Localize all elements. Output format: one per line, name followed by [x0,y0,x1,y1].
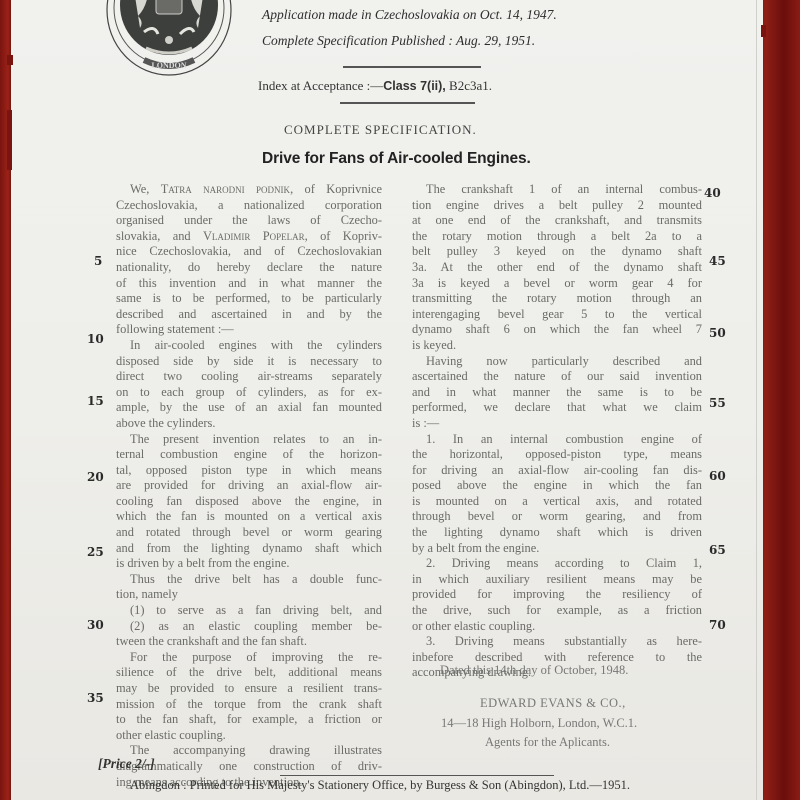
text-line: 1. In an internal combustion engine of [412,432,702,448]
text-line: which the fan is mounted on a vertical a… [116,509,382,525]
line-number: 5 [94,254,102,268]
line-number: 40 [704,186,721,200]
text-line: provided for improving the resiliency of [412,587,702,603]
text-line: interengaging bevel gear 5 to the vertic… [412,307,702,323]
text-line: the drive, such for example, as a fricti… [412,603,702,619]
royal-coat-of-arms-seal-icon: LONDON [104,0,234,78]
page-edge-tear [7,55,13,65]
text-line: The accompanying drawing illustrates [116,743,382,759]
text-line: at one end of the crankshaft, and transm… [412,213,702,229]
price-label: [Price 2/-] [98,756,155,772]
text-line: transmitting the rotary motion through a… [412,291,702,307]
text-line: nice Czechoslovakia, and of Czechoslovak… [116,244,382,260]
red-background-right [760,0,800,800]
agent-address: 14—18 High Holborn, London, W.C.1. [441,716,637,731]
line-number: 60 [709,469,726,483]
text-line: Thus the drive belt has a double func- [116,572,382,588]
text-line: is :— [412,416,702,432]
text-line: may be provided to ensure a resilient tr… [116,681,382,697]
text-line: above the cylinders. [116,416,382,432]
text-line: The present invention relates to an in- [116,432,382,448]
agent-name: EDWARD EVANS & CO., [480,696,626,711]
text-line: on to each group of cylinders, as for ex… [116,385,382,401]
line-number: 10 [87,332,104,346]
text-line: following statement :— [116,322,382,338]
text-line: is keyed. [412,338,702,354]
application-date: Application made in Czechoslovakia on Oc… [262,7,557,23]
text-line: or other elastic coupling. [412,619,702,635]
text-line: and from the lighting dynamo shaft which [116,541,382,557]
line-number: 70 [709,618,726,632]
text-line: The crankshaft 1 of an internal combus- [412,182,702,198]
text-line: Having now particularly described and [412,354,702,370]
text-line: 3. Driving means substantially as here- [412,634,702,650]
index-code: B2c3a1. [446,78,492,93]
text-line: is mounted on a vertical axis, and rotat… [412,494,702,510]
text-line: tal, opposed piston type in which means [116,463,382,479]
line-number: 65 [709,543,726,557]
line-number: 50 [709,326,726,340]
text-line: performed, we declare that what we claim [412,400,702,416]
text-line: the lighting dynamo shaft which is drive… [412,525,702,541]
text-line: mission of the torque from the crank sha… [116,697,382,713]
text-line: same is to be performed, to be particula… [116,291,382,307]
text-line: tion, namely [116,587,382,603]
text-line: slovakia, and Vladimir Popelar, of Kopri… [116,229,382,245]
line-number: 35 [87,691,104,705]
text-line: nationality, do hereby declare the natur… [116,260,382,276]
text-line: in which auxiliary resilient means may b… [412,572,702,588]
text-line: silience of the drive belt, additional m… [116,665,382,681]
line-number: 30 [87,618,104,632]
divider [340,102,475,104]
printer-footer: Abingdon : Printed for His Majesty's Sta… [130,778,630,793]
right-text-column: The crankshaft 1 of an internal combus-t… [412,182,702,681]
party-name: Vladimir Popelar [203,229,305,243]
text-line: 3a is keyed a bevel or worm gear 4 for [412,276,702,292]
text-line: cooling fan disposed above the engine, i… [116,494,382,510]
text-line: is driven by a belt from the engine. [116,556,382,572]
svg-text:LONDON: LONDON [151,61,186,70]
index-class: Class 7(ii), [383,79,446,93]
text-line: disposed side by side it is necessary to [116,354,382,370]
line-number: 25 [87,545,104,559]
price-text: [Price 2/-] [98,756,155,771]
text-line: ascertained the nature of our said inven… [412,369,702,385]
index-prefix: Index at Acceptance :— [258,78,383,93]
text-line: are provided for driving an axial-flow a… [116,478,382,494]
text-line: the rotary motion through a belt 2a to a [412,229,702,245]
line-number: 15 [87,394,104,408]
text-line: of this invention and in what manner the [116,276,382,292]
text-line: by a belt from the engine. [412,541,702,557]
line-number: 55 [709,396,726,410]
text-line: described and ascertained in and by the [116,307,382,323]
text-line: the horizontal, opposed-piston type, mea… [412,447,702,463]
text-line: belt pulley 3 keyed on the dynamo shaft [412,244,702,260]
text-line: 3a. At the other end of the dynamo shaft [412,260,702,276]
left-text-column: We, Tatra narodni podnik, of KoprivniceC… [116,182,382,790]
text-line: dynamo shaft 6 on which the fan wheel 7 [412,322,702,338]
line-number: 45 [709,254,726,268]
page-edge-tear [761,25,766,37]
text-line: other elastic coupling. [116,728,382,744]
text-line: and rotated through bevel or worm gearin… [116,525,382,541]
text-line: through bevel or worm gearing, and from [412,509,702,525]
page-edge-tear [7,110,12,170]
text-line: We, Tatra narodni podnik, of Koprivnice [116,182,382,198]
text-line: (1) to serve as a fan driving belt, and [116,603,382,619]
divider [343,66,481,68]
index-at-acceptance: Index at Acceptance :—Class 7(ii), B2c3a… [258,78,492,94]
text-line: For the purpose of improving the re- [116,650,382,666]
text-line: posed above the engine in which the fan [412,478,702,494]
text-line: and in what manner the same is to be [412,385,702,401]
dated-line: Dated this 14th day of October, 1948. [440,663,628,678]
text-line: 2. Driving means according to Claim 1, [412,556,702,572]
footer-divider [280,775,554,776]
text-line: organised under the laws of Czecho- [116,213,382,229]
text-line: to the fan shaft, for example, a frictio… [116,712,382,728]
text-line: Czechoslovakia, a nationalized corporati… [116,198,382,214]
text-line: (2) as an elastic coupling member be- [116,619,382,635]
agent-role: Agents for the Aplicants. [485,735,610,750]
text-line: tion engine drives a belt pulley 2 mount… [412,198,702,214]
text-line: ternal combustion engine of the horizon- [116,447,382,463]
text-line: direct two cooling air-streams separatel… [116,369,382,385]
publication-date: Complete Specification Published : Aug. … [262,33,535,49]
page-fold-line [756,0,757,800]
text-line: In air-cooled engines with the cylinders [116,338,382,354]
document-title: Drive for Fans of Air-cooled Engines. [262,150,531,168]
party-name: Tatra narodni podnik [161,182,290,196]
text-line: ample, by the use of an axial fan mounte… [116,400,382,416]
text-line: for driving an axial-flow air-cooling fa… [412,463,702,479]
text-line: tween the crankshaft and the fan shaft. [116,634,382,650]
text-line: diagrammatically one construction of dri… [116,759,382,775]
line-number: 20 [87,470,104,484]
spec-heading: COMPLETE SPECIFICATION. [284,122,477,138]
